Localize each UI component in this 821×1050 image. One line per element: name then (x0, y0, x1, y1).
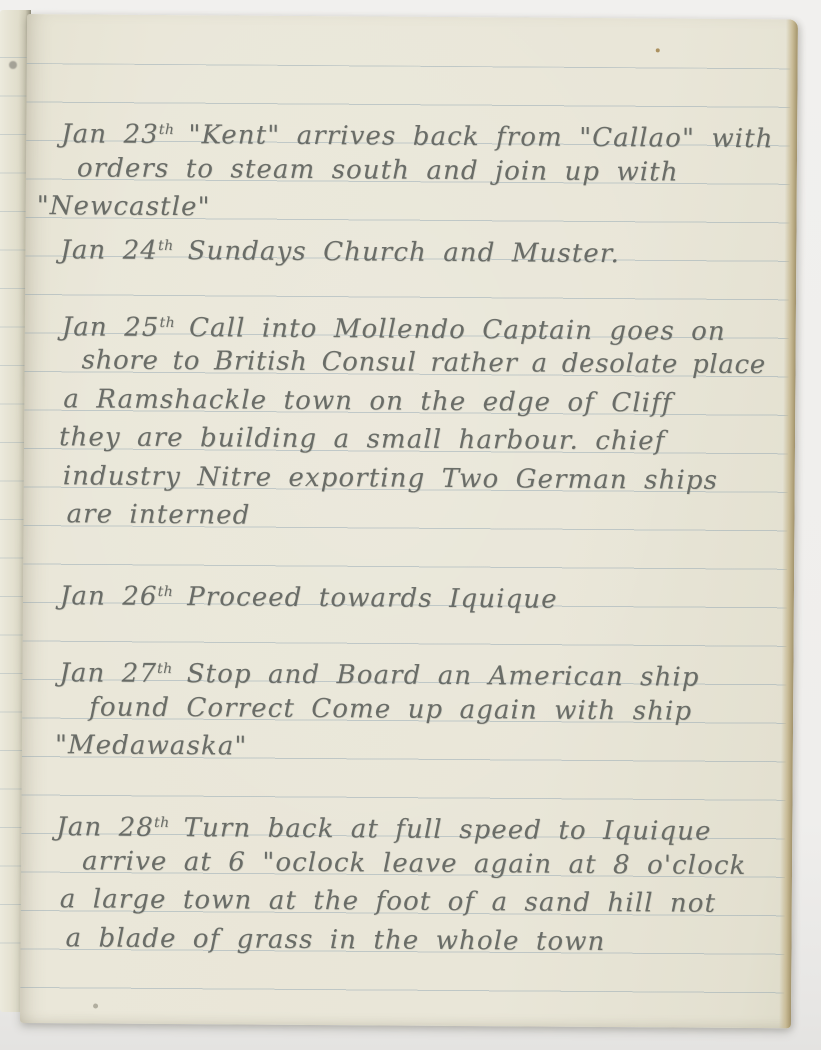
scan-background: { "colors": { "paper": "#e9e6d8", "rulin… (0, 0, 821, 1050)
entry-text: Stop and Board an American ship (173, 659, 700, 693)
entry-date: Jan 24 (60, 235, 158, 266)
entry-date: Jan 25 (62, 312, 160, 343)
diary-line: are interned (66, 497, 250, 532)
diary-line: industry Nitre exporting Two German ship… (63, 459, 718, 498)
date-ordinal: th (154, 815, 170, 831)
diary-line: orders to steam south and join up with (77, 151, 679, 189)
notebook-page-wrap: Jan 23th"Kent" arrives back from "Callao… (20, 14, 798, 1028)
diary-entry-start: Jan 28thTurn back at full speed to Iquiq… (56, 805, 711, 849)
entry-text: Turn back at full speed to Iquique (169, 813, 711, 847)
paper-speck (93, 1003, 98, 1008)
date-ordinal: th (158, 238, 174, 254)
entry-date: Jan 23 (61, 119, 159, 150)
entry-date: Jan 28 (56, 812, 154, 843)
diary-line: "Medawaska" (55, 728, 248, 763)
notebook-page: Jan 23th"Kent" arrives back from "Callao… (20, 14, 798, 1028)
ink-dot (9, 61, 17, 69)
diary-line: they are building a small harbour. chief (59, 420, 666, 458)
entry-text: Proceed towards Iquique (173, 582, 558, 615)
entry-date: Jan 27 (59, 658, 157, 689)
diary-line: shore to British Consul rather a desolat… (81, 343, 766, 382)
diary-line: arrive at 6 "oclock leave again at 8 o'c… (82, 844, 747, 883)
diary-entry-start: Jan 27thStop and Board an American ship (59, 651, 699, 694)
diary-line: found Correct Come up again with ship (89, 690, 692, 728)
paper-speck (656, 48, 660, 52)
entry-date: Jan 26 (60, 581, 158, 612)
diary-line: a Ramshackle town on the edge of Cliff (63, 382, 673, 420)
entry-text: Sundays Church and Muster. (174, 236, 620, 269)
diary-line: a blade of grass in the whole town (65, 921, 605, 959)
date-ordinal: th (159, 122, 175, 138)
date-ordinal: th (157, 661, 173, 677)
entry-text: "Kent" arrives back from "Callao" with (174, 120, 773, 154)
date-ordinal: th (159, 315, 175, 331)
diary-entry-start: Jan 23th"Kent" arrives back from "Callao… (61, 112, 774, 156)
date-ordinal: th (158, 584, 174, 600)
entry-text: Call into Mollendo Captain goes on (175, 313, 726, 347)
diary-line: a large town at the foot of a sand hill … (60, 882, 717, 921)
diary-entry-start: Jan 26thProceed towards Iquique (60, 574, 558, 616)
diary-entry-start: Jan 25thCall into Mollendo Captain goes … (62, 305, 726, 349)
diary-line: "Newcastle" (37, 189, 211, 224)
diary-entry-start: Jan 24thSundays Church and Muster. (60, 228, 620, 271)
